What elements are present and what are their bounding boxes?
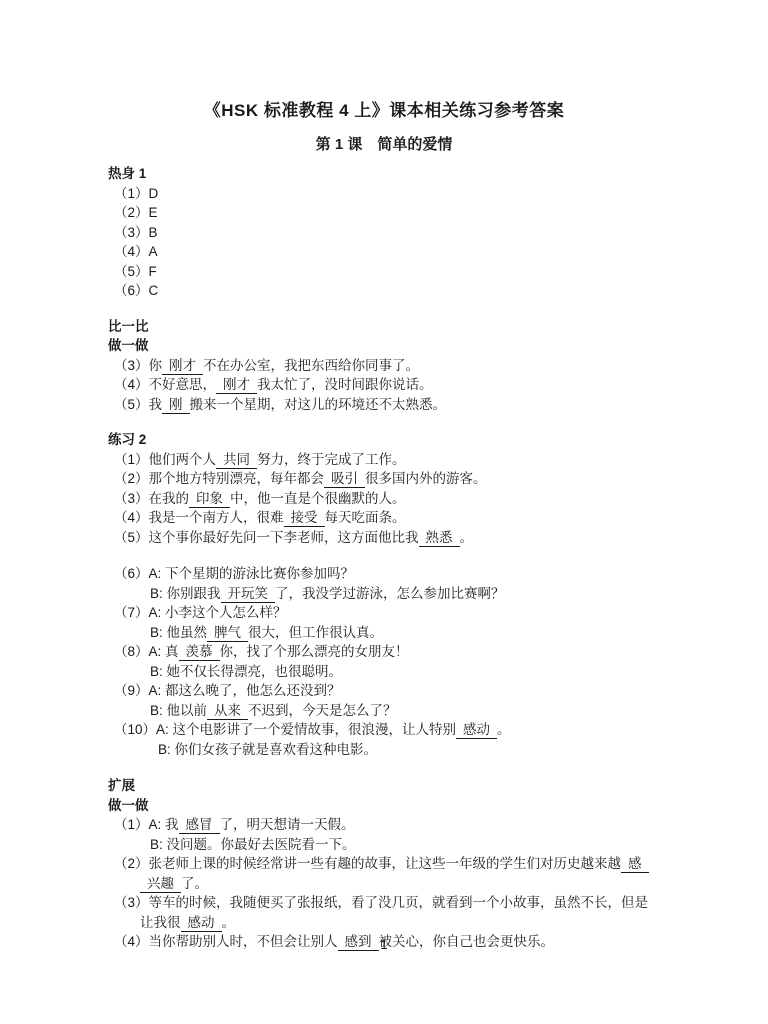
answer-blank: 刚才 — [162, 357, 203, 375]
section-gap — [108, 547, 768, 564]
text-line: B: 没问题。你最好去医院看一下。 — [150, 835, 768, 855]
line-text: B: 她不仅长得漂亮，也很聪明。 — [150, 664, 342, 679]
line-text: （4）不好意思， — [114, 377, 216, 392]
answer-blank: 兴趣 — [140, 875, 181, 893]
line-text: B: 没问题。你最好去医院看一下。 — [150, 837, 356, 852]
text-line: （2）E — [114, 203, 768, 223]
line-text: （5）这个事你最好先问一下李老师，这方面他比我 — [114, 530, 419, 545]
answer-blank: 接受 — [284, 509, 325, 527]
answer-blank: 吸引 — [324, 470, 365, 488]
answer-blank: 熟悉 — [419, 529, 460, 547]
line-text: （3）等车的时候，我随便买了张报纸，看了没几页，就看到一个小故事，虽然不长，但是 — [114, 895, 648, 910]
section-heading: 比一比 — [108, 317, 768, 337]
section-heading: 做一做 — [108, 796, 768, 816]
line-text: （2）张老师上课的时候经常讲一些有趣的故事，让这些一年级的学生们对历史越来越 — [114, 856, 621, 871]
line-text: （7）A: 小李这个人怎么样？ — [114, 605, 287, 620]
section-heading: 热身 1 — [108, 164, 768, 184]
text-line: B: 她不仅长得漂亮，也很聪明。 — [150, 662, 768, 682]
line-text: 搬来一个星期，对这儿的环境还不太熟悉。 — [190, 397, 447, 412]
section-heading: 练习 2 — [108, 430, 768, 450]
text-line: （2）张老师上课的时候经常讲一些有趣的故事，让这些一年级的学生们对历史越来越感 — [114, 854, 768, 874]
line-text: （2）那个地方特别漂亮，每年都会 — [114, 471, 324, 486]
section-gap — [108, 759, 768, 776]
page-number: 1 — [0, 937, 768, 952]
line-text: 了。 — [181, 876, 208, 891]
line-text: B: 你们女孩子就是喜欢看这种电影。 — [158, 742, 377, 757]
line-text: （3）B — [114, 225, 158, 240]
text-line: （6）C — [114, 281, 768, 301]
line-text: （4）我是一个南方人，很难 — [114, 510, 284, 525]
answer-blank: 共同 — [216, 451, 257, 469]
section-heading: 做一做 — [108, 336, 768, 356]
line-text: （8）A: 真 — [114, 644, 179, 659]
line-text: （5）我 — [114, 397, 162, 412]
text-line: （8）A: 真羡慕你，找了个那么漂亮的女朋友！ — [114, 642, 768, 662]
line-text: 。 — [222, 915, 236, 930]
line-text: 很多国内外的游客。 — [365, 471, 487, 486]
text-line: （3）B — [114, 223, 768, 243]
line-text: （1）他们两个人 — [114, 452, 216, 467]
text-line: B: 他虽然脾气很大，但工作很认真。 — [150, 623, 768, 643]
line-text: B: 你别跟我 — [150, 586, 221, 601]
section-gap — [108, 301, 768, 317]
answer-blank: 从来 — [207, 702, 248, 720]
text-line: 让我很感动。 — [140, 913, 768, 933]
line-text: 让我很 — [140, 915, 181, 930]
text-line: （9）A: 都这么晚了，他怎么还没到？ — [114, 681, 768, 701]
section-heading-label: 练习 2 — [108, 432, 146, 447]
text-line: （6）A: 下个星期的游泳比赛你参加吗？ — [114, 564, 768, 584]
line-text: （1）A: 我 — [114, 817, 179, 832]
section-heading-label: 扩展 — [108, 778, 135, 793]
section-heading: 扩展 — [108, 776, 768, 796]
text-line: （3）在我的印象中，他一直是个很幽默的人。 — [114, 489, 768, 509]
text-line: （2）那个地方特别漂亮，每年都会吸引很多国内外的游客。 — [114, 469, 768, 489]
line-text: B: 他虽然 — [150, 625, 207, 640]
line-text: 我太忙了，没时间跟你说话。 — [257, 377, 433, 392]
text-line: 兴趣了。 — [140, 874, 768, 894]
text-line: （4）不好意思，刚才我太忙了，没时间跟你说话。 — [114, 375, 768, 395]
answer-blank: 感动 — [456, 721, 497, 739]
answer-blank: 羡慕 — [179, 643, 220, 661]
line-text: （6）C — [114, 283, 158, 298]
text-line: （7）A: 小李这个人怎么样？ — [114, 603, 768, 623]
answer-blank: 感 — [621, 855, 649, 873]
text-line: （1）A: 我感冒了，明天想请一天假。 — [114, 815, 768, 835]
line-text: （3）在我的 — [114, 491, 189, 506]
line-text: （9）A: 都这么晚了，他怎么还没到？ — [114, 683, 341, 698]
text-line: B: 他以前从来不迟到，今天是怎么了？ — [150, 701, 768, 721]
answer-blank: 印象 — [189, 490, 230, 508]
text-line: （3）等车的时候，我随便买了张报纸，看了没几页，就看到一个小故事，虽然不长，但是 — [114, 893, 768, 913]
document-title: 《HSK 标准教程 4 上》课本相关练习参考答案 — [0, 0, 768, 121]
answer-blank: 开玩笑 — [221, 585, 276, 603]
text-line: （1）D — [114, 184, 768, 204]
text-line: （3）你刚才不在办公室，我把东西给你同事了。 — [114, 356, 768, 376]
section-heading-label: 做一做 — [108, 338, 149, 353]
document-page: 《HSK 标准教程 4 上》课本相关练习参考答案 第 1 课 简单的爱情 热身 … — [0, 0, 768, 1024]
line-text: 你，找了个那么漂亮的女朋友！ — [220, 644, 409, 659]
section-heading-label: 做一做 — [108, 798, 149, 813]
answer-blank: 感冒 — [179, 816, 220, 834]
line-text: 不在办公室，我把东西给你同事了。 — [203, 358, 419, 373]
text-line: （5）我刚搬来一个星期，对这儿的环境还不太熟悉。 — [114, 395, 768, 415]
document-body: 热身 1（1）D（2）E（3）B（4）A（5）F（6）C比一比做一做（3）你刚才… — [108, 164, 768, 952]
line-text: （4）A — [114, 244, 158, 259]
line-text: 了，明天想请一天假。 — [220, 817, 355, 832]
line-text: 。 — [497, 722, 511, 737]
text-line: （4）A — [114, 242, 768, 262]
text-line: B: 你们女孩子就是喜欢看这种电影。 — [158, 740, 768, 760]
line-text: 中，他一直是个很幽默的人。 — [230, 491, 406, 506]
answer-blank: 感动 — [181, 914, 222, 932]
line-text: B: 他以前 — [150, 703, 207, 718]
line-text: 很大，但工作很认真。 — [248, 625, 383, 640]
section-heading-label: 热身 1 — [108, 166, 146, 181]
answer-blank: 脾气 — [207, 624, 248, 642]
line-text: 努力，终于完成了工作。 — [257, 452, 406, 467]
line-text: 不迟到，今天是怎么了？ — [248, 703, 397, 718]
line-text: 了，我没学过游泳，怎么参加比赛啊？ — [275, 586, 505, 601]
line-text: 。 — [460, 530, 474, 545]
line-text: （6）A: 下个星期的游泳比赛你参加吗？ — [114, 566, 354, 581]
answer-blank: 刚才 — [216, 376, 257, 394]
text-line: （5）这个事你最好先问一下李老师，这方面他比我熟悉。 — [114, 528, 768, 548]
section-heading-label: 比一比 — [108, 319, 149, 334]
text-line: （5）F — [114, 262, 768, 282]
text-line: B: 你别跟我开玩笑了，我没学过游泳，怎么参加比赛啊？ — [150, 584, 768, 604]
line-text: （3）你 — [114, 358, 162, 373]
answer-blank: 刚 — [162, 396, 190, 414]
lesson-heading: 第 1 课 简单的爱情 — [0, 133, 768, 154]
text-line: （1）他们两个人共同努力，终于完成了工作。 — [114, 450, 768, 470]
section-gap — [108, 414, 768, 430]
line-text: （5）F — [114, 264, 157, 279]
text-line: （4）我是一个南方人，很难接受每天吃面条。 — [114, 508, 768, 528]
line-text: （2）E — [114, 205, 158, 220]
line-text: 每天吃面条。 — [325, 510, 406, 525]
line-text: （1）D — [114, 186, 158, 201]
line-text: （10）A: 这个电影讲了一个爱情故事，很浪漫，让人特别 — [114, 722, 456, 737]
text-line: （10）A: 这个电影讲了一个爱情故事，很浪漫，让人特别感动。 — [114, 720, 768, 740]
